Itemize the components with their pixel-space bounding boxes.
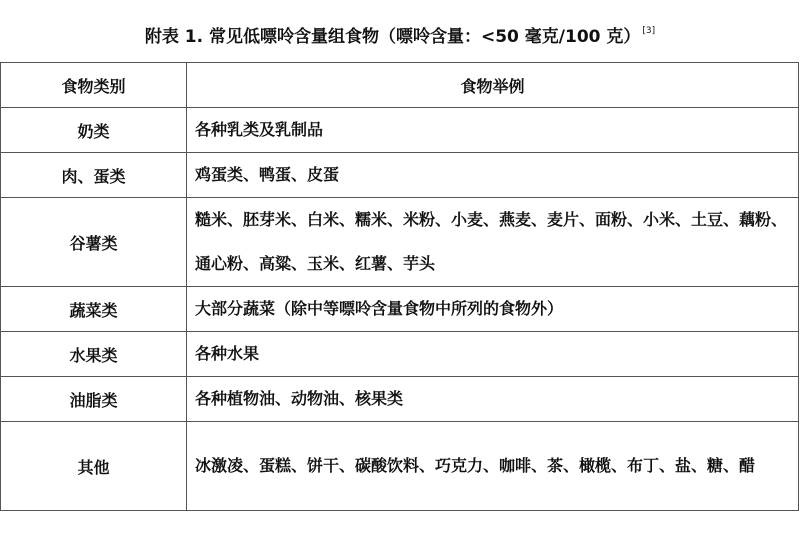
table-row: 水果类 各种水果 [1,332,799,377]
category-cell: 其他 [1,422,187,511]
header-category: 食物类别 [1,63,187,108]
category-cell: 蔬菜类 [1,287,187,332]
examples-cell: 大部分蔬菜（除中等嘌呤含量食物中所列的食物外） [187,287,799,332]
examples-cell: 各种乳类及乳制品 [187,108,799,153]
examples-cell: 各种植物油、动物油、核果类 [187,377,799,422]
table-row: 肉、蛋类 鸡蛋类、鸭蛋、皮蛋 [1,153,799,198]
table-row: 蔬菜类 大部分蔬菜（除中等嘌呤含量食物中所列的食物外） [1,287,799,332]
caption-text: 附表 1. 常见低嘌呤含量组食物（嘌呤含量：<50 毫克/100 克） [145,27,641,47]
low-purine-food-table: 食物类别 食物举例 奶类 各种乳类及乳制品 肉、蛋类 鸡蛋类、鸭蛋、皮蛋 谷薯类… [0,62,799,511]
examples-cell: 鸡蛋类、鸭蛋、皮蛋 [187,153,799,198]
examples-cell: 糙米、胚芽米、白米、糯米、米粉、小麦、燕麦、麦片、面粉、小米、土豆、藕粉、通心粉… [187,198,799,287]
category-cell: 水果类 [1,332,187,377]
table-caption: 附表 1. 常见低嘌呤含量组食物（嘌呤含量：<50 毫克/100 克）[3] [0,22,800,47]
category-cell: 油脂类 [1,377,187,422]
table-row: 其他 冰激凌、蛋糕、饼干、碳酸饮料、巧克力、咖啡、茶、橄榄、布丁、盐、糖、醋 [1,422,799,511]
table-row: 谷薯类 糙米、胚芽米、白米、糯米、米粉、小麦、燕麦、麦片、面粉、小米、土豆、藕粉… [1,198,799,287]
table-row: 奶类 各种乳类及乳制品 [1,108,799,153]
category-cell: 奶类 [1,108,187,153]
examples-cell: 各种水果 [187,332,799,377]
citation-ref: [3] [642,26,655,36]
category-cell: 肉、蛋类 [1,153,187,198]
examples-cell: 冰激凌、蛋糕、饼干、碳酸饮料、巧克力、咖啡、茶、橄榄、布丁、盐、糖、醋 [187,422,799,511]
table-header-row: 食物类别 食物举例 [1,63,799,108]
category-cell: 谷薯类 [1,198,187,287]
table-row: 油脂类 各种植物油、动物油、核果类 [1,377,799,422]
header-examples: 食物举例 [187,63,799,108]
